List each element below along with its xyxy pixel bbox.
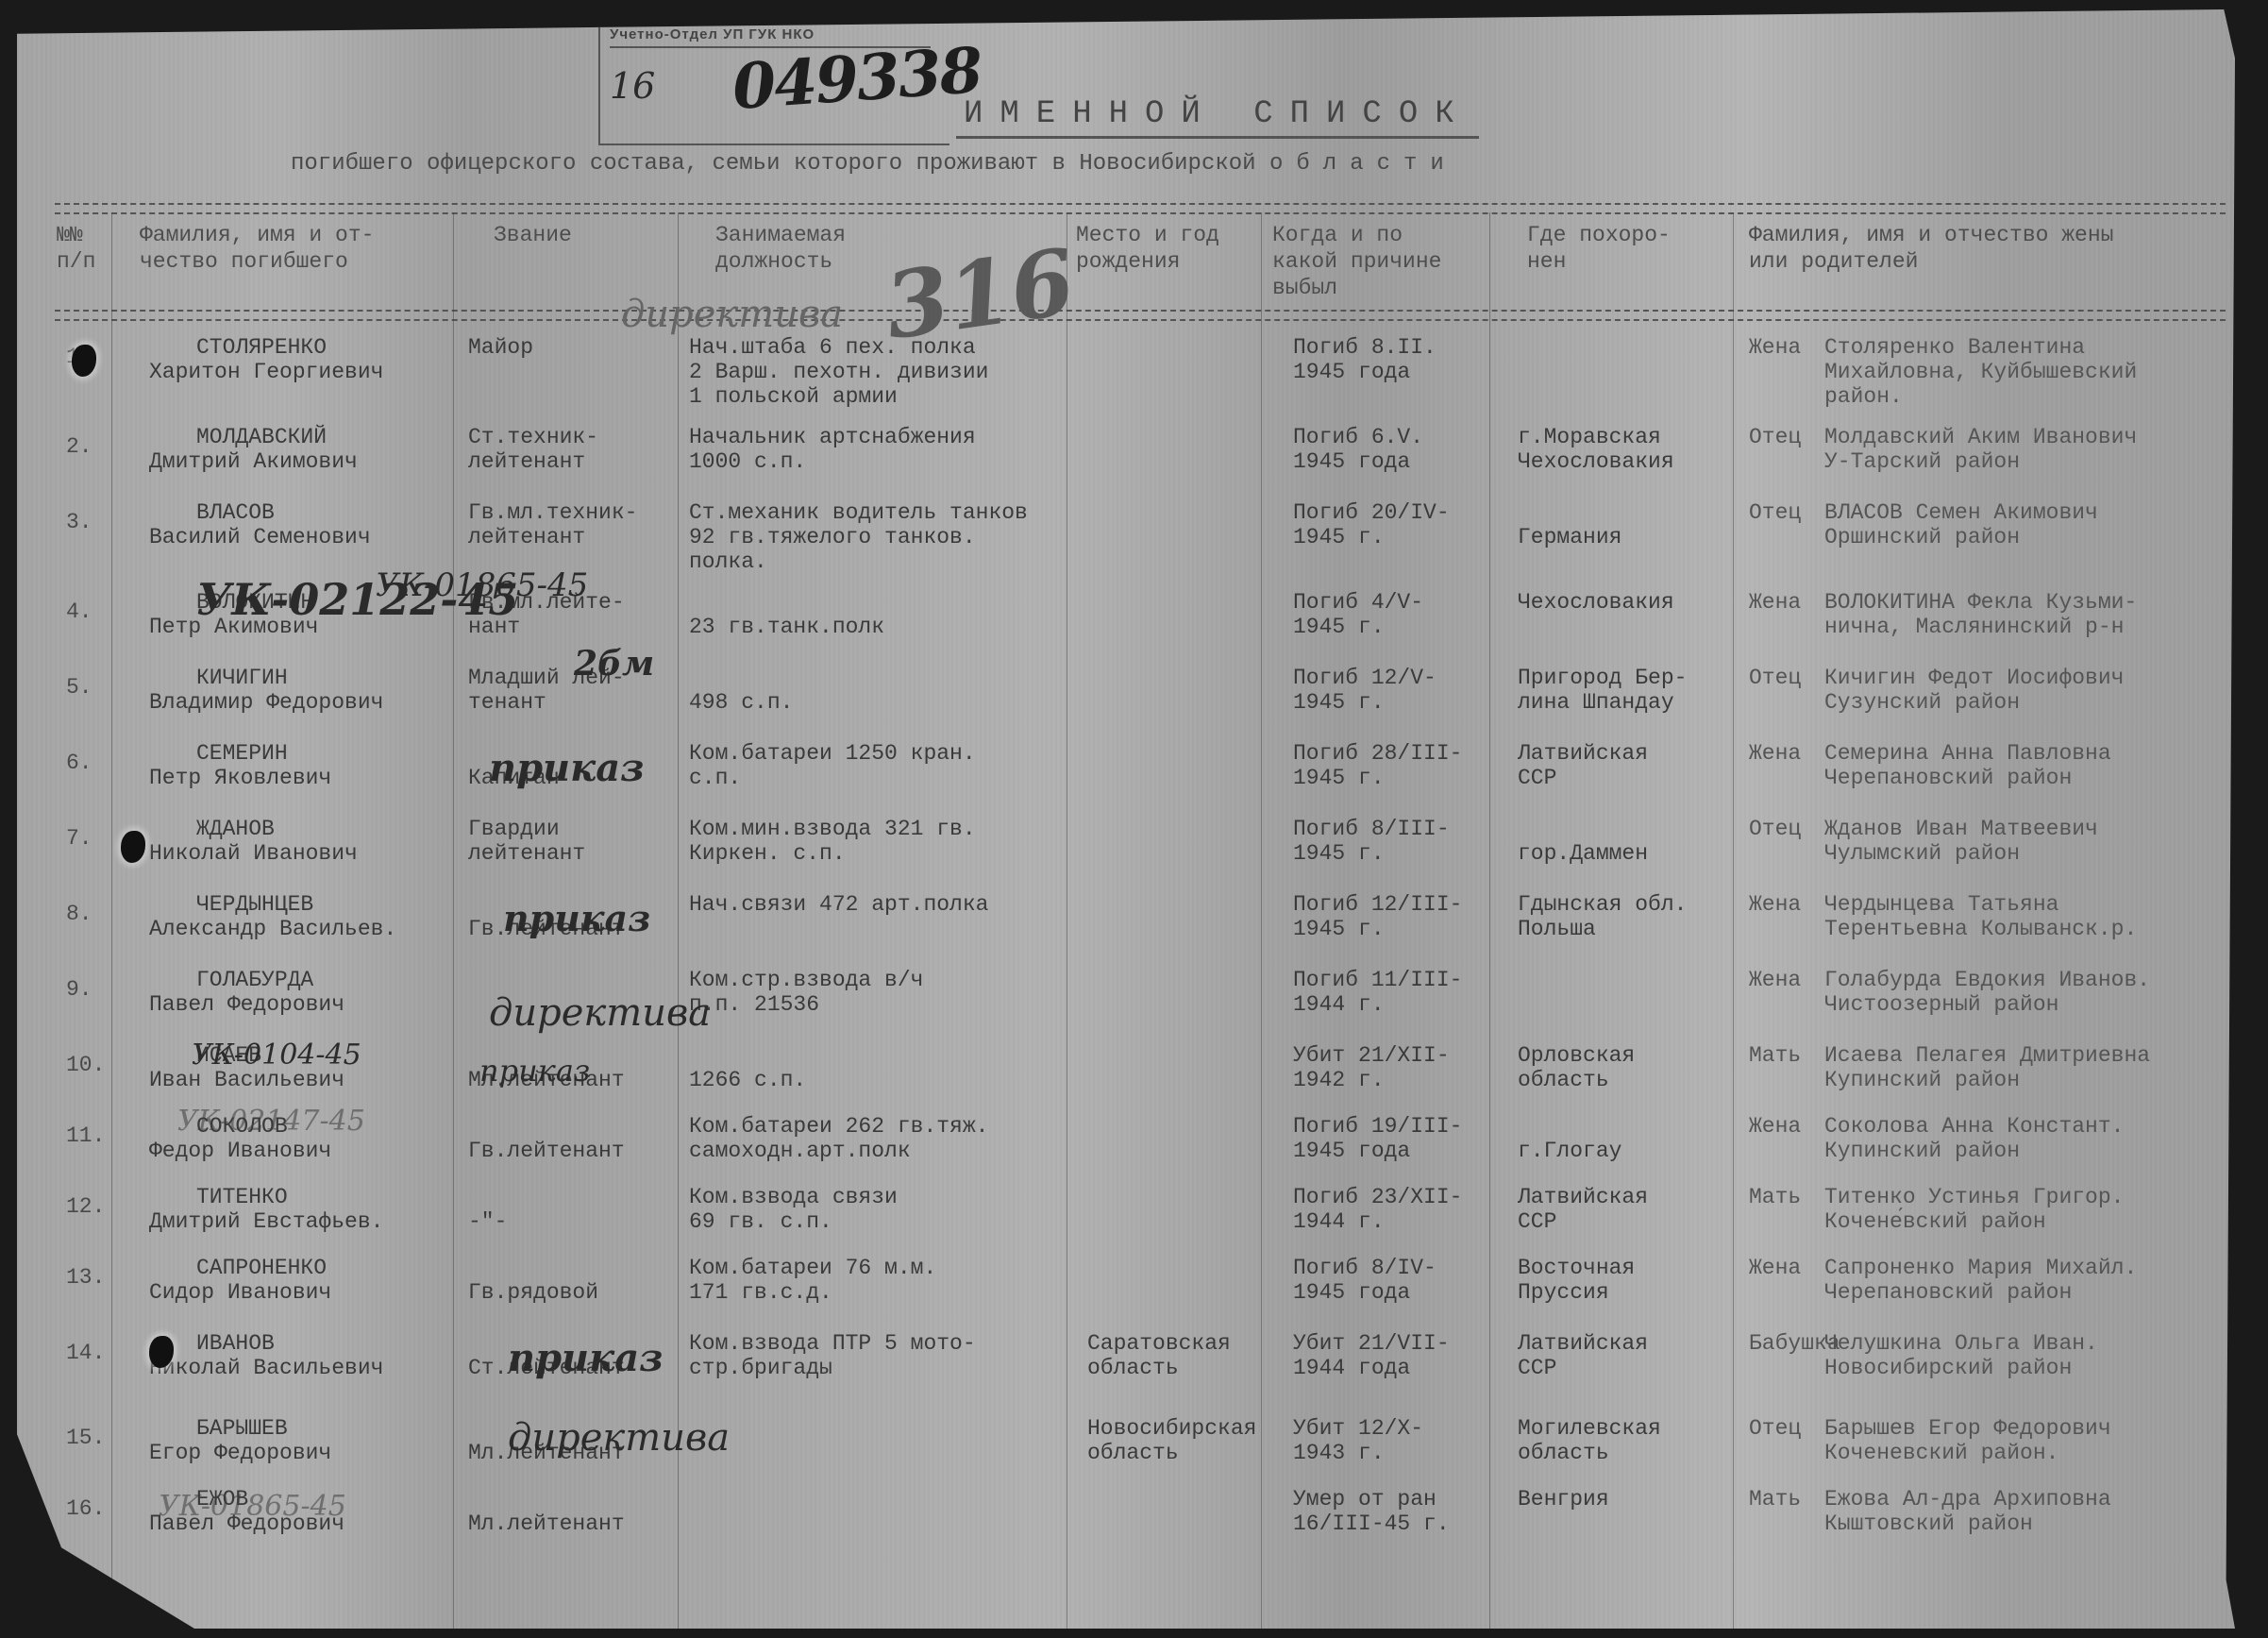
cell-burial: Латвийская ССР (1518, 1185, 1648, 1234)
cell-position: Начальник артснабжения 1000 с.п. (689, 425, 976, 474)
cell-num: 11. (66, 1123, 105, 1148)
cell-relative: Титенко Устинья Григор. Кочене́вский рай… (1824, 1185, 2124, 1234)
cell-given: Николай Иванович (149, 841, 358, 866)
cell-death: Убит 12/X- 1943 г. (1293, 1416, 1423, 1465)
handwritten-directive: директива (489, 991, 711, 1035)
cell-death: Погиб 4/V- 1945 г. (1293, 590, 1423, 639)
cell-rel-role: Жена (1749, 741, 1801, 766)
cell-burial: Могилевская область (1518, 1416, 1661, 1465)
cell-rel-role: Жена (1749, 968, 1801, 992)
document-sheet: Учетно-Отдел УП ГУК НКО 16 049338 ИМЕННО… (17, 9, 2235, 1629)
cell-burial: Пригород Бер- лина Шпандау (1518, 666, 1687, 715)
cell-position: Ком.стр.взвода в/ч п.п. 21536 (689, 968, 923, 1017)
cell-burial: г.Моравская Чехословакия (1518, 425, 1674, 474)
cell-given: Дмитрий Евстафьев. (149, 1209, 383, 1234)
cell-death: Погиб 20/IV- 1945 г. (1293, 500, 1450, 549)
column-header: Фамилия, имя и отчество жены или родител… (1749, 222, 2113, 275)
cell-rank: Гв.лейтенант (468, 1114, 625, 1163)
cell-num: 3. (66, 510, 92, 534)
cell-given: Петр Яковлевич (149, 766, 331, 790)
cell-num: 5. (66, 675, 92, 700)
cell-rel-role: Отец (1749, 817, 1801, 841)
cell-num: 2. (66, 434, 92, 459)
cell-relative: Семерина Анна Павловна Черепановский рай… (1824, 741, 2111, 790)
stamp-mark: 16 (610, 65, 655, 107)
column-header: Когда и по какой причине выбыл (1272, 222, 1441, 301)
cell-relative: Ежова Ал-дра Архиповна Кыштовский район (1824, 1487, 2111, 1536)
cell-rank: -"- (468, 1185, 507, 1234)
registry-stamp: Учетно-Отдел УП ГУК НКО 16 049338 (598, 13, 949, 145)
cell-death: Погиб 23/XII- 1944 г. (1293, 1185, 1462, 1234)
cell-rel-role: Отец (1749, 500, 1801, 525)
cell-given: Сидор Иванович (149, 1280, 331, 1305)
column-divider (1067, 212, 1067, 1629)
cell-position: 23 гв.танк.полк (689, 590, 884, 639)
cell-given: Николай Васильевич (149, 1356, 383, 1380)
column-divider (453, 212, 454, 1629)
cell-burial: Латвийская ССР (1518, 1331, 1648, 1380)
cell-given: Дмитрий Акимович (149, 449, 358, 474)
cell-surname: Молдавский (196, 425, 327, 449)
handwritten-order: приказ (489, 746, 645, 790)
punch-hole (72, 345, 96, 377)
cell-relative: Кичигин Федот Иосифович Сузунский район (1824, 666, 2124, 715)
handwritten-directive: директива (508, 1416, 730, 1460)
cell-position: 1266 с.п. (689, 1043, 806, 1092)
column-header: Место и год рождения (1076, 222, 1219, 275)
cell-rank: Гв.рядовой (468, 1256, 598, 1305)
cell-surname: Семерин (196, 741, 288, 766)
header-rule-bottom (55, 310, 2226, 321)
cell-rel-role: Жена (1749, 1114, 1801, 1139)
cell-burial: Чехословакия (1518, 590, 1674, 615)
cell-death: Убит 21/XII- 1942 г. (1293, 1043, 1450, 1092)
column-header: Где похоро- нен (1527, 222, 1671, 275)
cell-num: 8. (66, 902, 92, 926)
cell-num: 14. (66, 1341, 105, 1365)
cell-rel-role: Мать (1749, 1487, 1801, 1511)
document-title: ИМЕННОЙ СПИСОК (956, 96, 1479, 139)
cell-relative: Челушкина Ольга Иван. Новосибирский райо… (1824, 1331, 2098, 1380)
cell-num: 10. (66, 1053, 105, 1077)
cell-death: Умер от ран 16/III-45 г. (1293, 1487, 1450, 1536)
column-divider (111, 212, 112, 1629)
cell-given: Василий Семенович (149, 525, 371, 549)
cell-position: Ст.механик водитель танков 92 гв.тяжелог… (689, 500, 1028, 574)
handwritten-note: 2бм (574, 644, 654, 684)
cell-relative: Барышев Егор Федорович Коченевский район… (1824, 1416, 2111, 1465)
cell-relative: Столяренко Валентина Михайловна, Куйбыше… (1824, 335, 2137, 409)
cell-surname: Власов (196, 500, 275, 525)
cell-death: Погиб 11/III- 1944 г. (1293, 968, 1462, 1017)
cell-relative: ВЛАСОВ Семен Акимович Оршинский район (1824, 500, 2098, 549)
cell-given: Харитон Георгиевич (149, 360, 383, 384)
cell-death: Убит 21/VII- 1944 года (1293, 1331, 1450, 1380)
cell-rank: Мл.лейтенант (468, 1487, 625, 1536)
cell-rank: Майор (468, 335, 533, 360)
cell-rel-role: Мать (1749, 1185, 1801, 1209)
cell-death: Погиб 19/III- 1945 года (1293, 1114, 1462, 1163)
cell-burial: гор.Даммен (1518, 817, 1648, 866)
cell-rank: Гвардии лейтенант (468, 817, 585, 866)
cell-death: Погиб 6.V. 1945 года (1293, 425, 1423, 474)
cell-surname: Барышев (196, 1416, 288, 1441)
cell-num: 16. (66, 1496, 105, 1521)
cell-burial: Гдынская обл. Польша (1518, 892, 1687, 941)
cell-num: 6. (66, 751, 92, 775)
column-divider (1489, 212, 1490, 1629)
cell-rank: Ст.техник- лейтенант (468, 425, 598, 474)
cell-relative: Голабурда Евдокия Иванов. Чистоозерный р… (1824, 968, 2150, 1017)
cell-burial: Восточная Пруссия (1518, 1256, 1635, 1305)
cell-surname: Иванов (196, 1331, 275, 1356)
cell-position: Ком.батареи 1250 кран. с.п. (689, 741, 976, 790)
cell-rel-role: Мать (1749, 1043, 1801, 1068)
handwritten-order: приказ (508, 1336, 664, 1380)
cell-relative: Молдавский Аким Иванович У-Тарский район (1824, 425, 2137, 474)
cell-surname: Столяренко (196, 335, 327, 360)
column-header: Звание (494, 222, 572, 248)
cell-position: Ком.мин.взвода 321 гв. Киркен. с.п. (689, 817, 976, 866)
cell-position: Ком.взвода ПТР 5 мото- стр.бригады (689, 1331, 976, 1380)
cell-death: Погиб 8/IV- 1945 года (1293, 1256, 1436, 1305)
handwritten-number: УК-01865-45 (159, 1490, 346, 1523)
column-header: №№ п/п (57, 222, 95, 275)
cell-position: 498 с.п. (689, 666, 793, 715)
cell-surname: Голабурда (196, 968, 313, 992)
cell-death: Погиб 12/III- 1945 г. (1293, 892, 1462, 941)
cell-surname: Титенко (196, 1185, 288, 1209)
cell-death: Погиб 28/III- 1945 г. (1293, 741, 1462, 790)
handwritten-number: УК-02147-45 (177, 1105, 365, 1138)
cell-burial: Германия (1518, 500, 1621, 549)
cell-num: 4. (66, 599, 92, 624)
column-header: Занимаемая должность (715, 222, 846, 275)
cell-rel-role: Отец (1749, 666, 1801, 690)
cell-num: 12. (66, 1194, 105, 1219)
cell-given: Федор Иванович (149, 1139, 331, 1163)
cell-position: Ком.батареи 262 гв.тяж. самоходн.арт.пол… (689, 1114, 988, 1163)
cell-relative: Исаева Пелагея Дмитриевна Купинский райо… (1824, 1043, 2150, 1092)
column-divider (1733, 212, 1734, 1629)
cell-num: 15. (66, 1426, 105, 1450)
cell-rel-role: Жена (1749, 335, 1801, 360)
cell-burial: Венгрия (1518, 1487, 1609, 1511)
cell-given: Владимир Федорович (149, 690, 383, 715)
cell-relative: Чердынцева Татьяна Терентьевна Колыванск… (1824, 892, 2137, 941)
cell-death: Погиб 8.II. 1945 года (1293, 335, 1436, 384)
cell-death: Погиб 8/III- 1945 г. (1293, 817, 1450, 866)
cell-num: 13. (66, 1265, 105, 1290)
cell-born: Новосибирская область (1087, 1416, 1256, 1465)
subtitle-spaced: области (1269, 151, 1457, 177)
cell-num: 9. (66, 977, 92, 1002)
cell-rel-role: Отец (1749, 1416, 1801, 1441)
cell-position: Нач.связи 472 арт.полка (689, 892, 988, 917)
cell-given: Егор Федорович (149, 1441, 331, 1465)
cell-given: Александр Васильев. (149, 917, 396, 941)
cell-num: 7. (66, 826, 92, 851)
cell-rel-role: Отец (1749, 425, 1801, 449)
cell-surname: Жданов (196, 817, 275, 841)
cell-relative: Жданов Иван Матвеевич Чулымский район (1824, 817, 2098, 866)
document-subtitle: погибшего офицерского состава, семьи кот… (291, 151, 1457, 177)
cell-rel-role: Жена (1749, 892, 1801, 917)
cell-burial: Латвийская ССР (1518, 741, 1648, 790)
cell-surname: Кичигин (196, 666, 288, 690)
handwritten-number: УК-02122-45 (196, 574, 518, 625)
cell-given: Павел Федорович (149, 992, 344, 1017)
cell-burial: г.Глогау (1518, 1114, 1621, 1163)
cell-rank: Гв.мл.техник- лейтенант (468, 500, 637, 549)
header-rule-top (55, 203, 2226, 214)
cell-rel-role: Жена (1749, 590, 1801, 615)
subtitle-text: погибшего офицерского состава, семьи кот… (291, 151, 1256, 177)
cell-surname: Сапроненко (196, 1256, 327, 1280)
folio-handwritten: 316 (879, 228, 1081, 361)
cell-position: Ком.батареи 76 м.м. 171 гв.с.д. (689, 1256, 936, 1305)
column-header: Фамилия, имя и от- чество погибшего (140, 222, 374, 275)
cell-death: Погиб 12/V- 1945 г. (1293, 666, 1436, 715)
punch-hole (121, 831, 145, 863)
cell-relative: Сапроненко Мария Михайл. Черепановский р… (1824, 1256, 2137, 1305)
handwritten-number: УК-0104-45 (192, 1039, 361, 1072)
handwritten-directive: директива (621, 293, 843, 336)
handwritten-order: приказ (503, 897, 650, 939)
column-divider (1261, 212, 1262, 1629)
cell-surname: Чердынцев (196, 892, 313, 917)
cell-born: Саратовская область (1087, 1331, 1231, 1380)
cell-relative: Соколова Анна Констант. Купинский район (1824, 1114, 2124, 1163)
cell-burial: Орловская область (1518, 1043, 1635, 1092)
cell-rel-role: Жена (1749, 1256, 1801, 1280)
cell-position: Ком.взвода связи 69 гв. с.п. (689, 1185, 898, 1234)
handwritten-order: приказ (479, 1053, 590, 1089)
cell-relative: ВОЛОКИТИНА Фекла Кузьми- нична, Маслянин… (1824, 590, 2137, 639)
